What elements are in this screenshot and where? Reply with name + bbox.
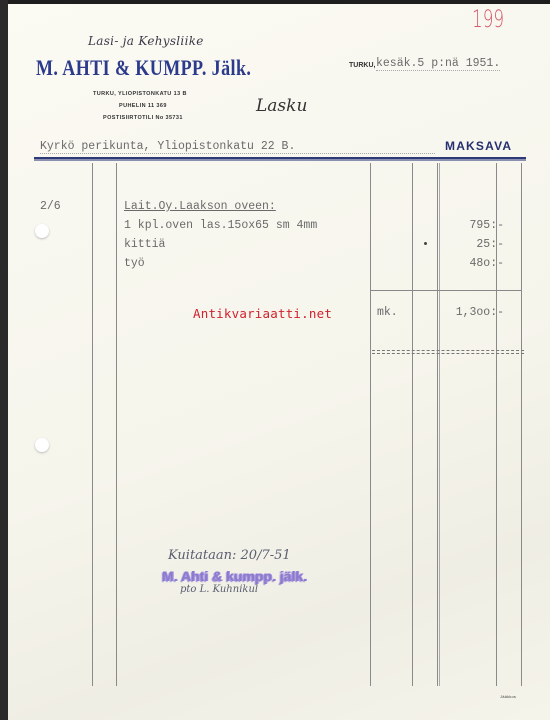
archive-number: 199 (472, 5, 504, 33)
company-name: M. AHTI & KUMPP. Jälk. (36, 55, 251, 81)
place-label: TURKU, (349, 62, 375, 69)
column-rule-description (116, 163, 117, 686)
line-item-amount: 25:- (440, 238, 504, 251)
total-currency: mk. (377, 306, 398, 319)
line-item-amount: 795:- (440, 219, 504, 232)
column-rule-unit (412, 163, 413, 686)
ink-dot (424, 242, 427, 245)
company-postal-account: POSTISIIRTOTILI No 35731 (103, 115, 183, 121)
payer-label: MAKSAVA (445, 139, 512, 153)
line-item-description: 1 kpl.oven las.15ox65 sm 4mm (124, 219, 317, 232)
column-rule-date (92, 163, 93, 686)
line-heading: Lait.Oy.Laakson oveen: (124, 200, 276, 213)
watermark-text: Antikvariaatti.net (193, 306, 332, 321)
total-amount: 1,3oo:- (440, 306, 504, 319)
subtotal-rule (370, 290, 521, 291)
punch-hole-top (35, 224, 49, 238)
scan-frame-left (0, 0, 8, 720)
company-stamp: M. Ahti & kumpp. jälk. (162, 568, 307, 584)
receipt-handwritten-note: Kuitataan: 20/7-51 (168, 548, 291, 563)
column-rule-right (521, 163, 522, 686)
printer-mark: Jääkkos (500, 694, 516, 699)
column-rule-amount (437, 163, 438, 686)
company-phone: PUHELIN 11 369 (119, 103, 167, 109)
total-double-rule-1 (372, 350, 524, 351)
line-item-amount: 48o:- (440, 257, 504, 270)
line-date-ref: 2/6 (40, 200, 61, 213)
company-address: TURKU, YLIOPISTONKATU 13 B (93, 91, 187, 97)
document-type-title: Lasku (256, 96, 307, 116)
punch-hole-bottom (35, 438, 49, 452)
column-rule-qty (370, 163, 371, 686)
total-double-rule-2 (372, 353, 524, 354)
invoice-date: kesäk.5 p:nä 1951. (376, 57, 500, 71)
line-item-description: työ (124, 257, 145, 270)
receipt-signature: pto L. Kuhnikul (180, 584, 258, 595)
recipient-line: Kyrkö perikunta, Yliopistonkatu 22 B. (40, 140, 435, 154)
letterhead-tagline: Lasi- ja Kehysliike (88, 34, 204, 48)
line-item-description: kittiä (124, 238, 165, 251)
table-top-rule (34, 157, 526, 159)
